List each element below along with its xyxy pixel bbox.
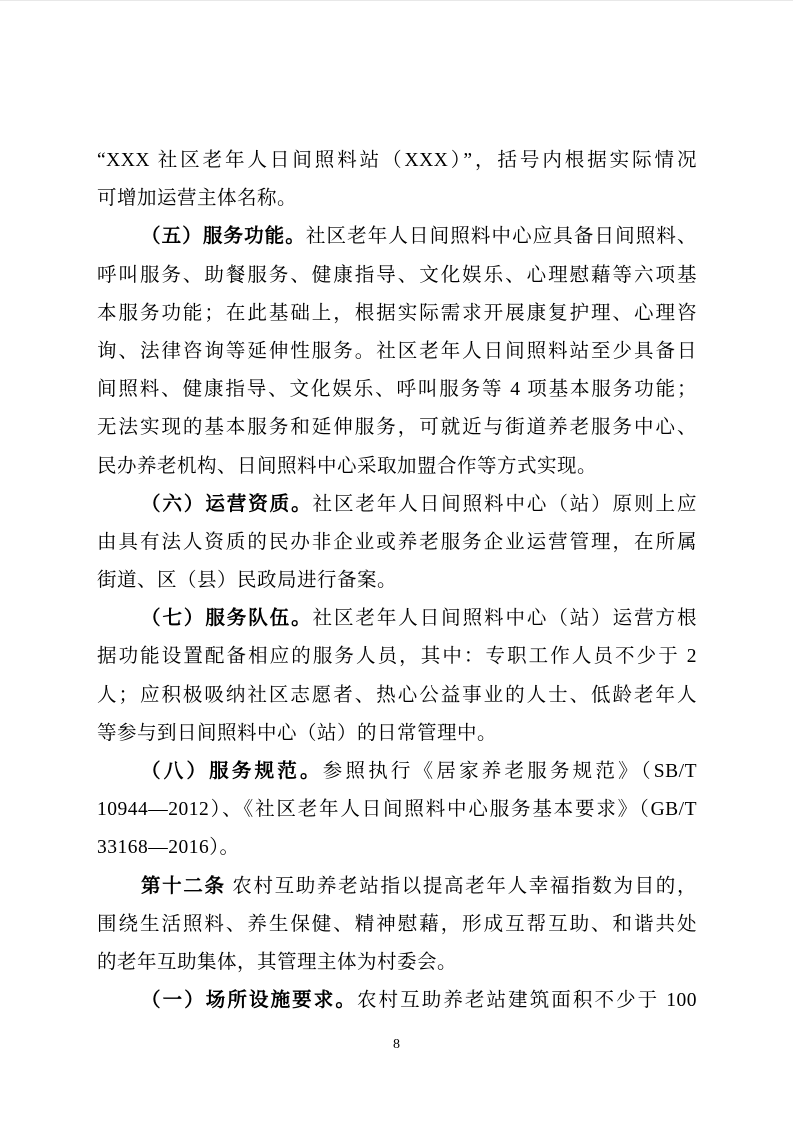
line-text: “XXX 社区老年人日间照料站（XXX）”，括号内根据实际情况: [97, 150, 697, 171]
line-text: 可增加运营主体名称。: [97, 188, 297, 209]
line-text: 参照执行《居家养老服务规范》（SB/T: [323, 761, 697, 782]
text-line: 的老年互助集体，其管理主体为村委会。: [97, 944, 697, 982]
page-number: 8: [0, 1035, 793, 1055]
bold-lead: （七）服务队伍。: [141, 608, 313, 629]
line-text: 无法实现的基本服务和延伸服务，可就近与街道养老服务中心、: [97, 417, 697, 438]
text-line: （六）运营资质。社区老年人日间照料中心（站）原则上应: [97, 486, 697, 524]
line-text: 社区老年人日间照料中心应具备日间照料、: [306, 226, 697, 247]
bold-lead: （一）场所设施要求。: [141, 990, 357, 1011]
text-line: 据功能设置配备相应的服务人员，其中：专职工作人员不少于 2: [97, 638, 697, 676]
line-text: 社区老年人日间照料中心（站）运营方根: [313, 608, 697, 629]
text-line: “XXX 社区老年人日间照料站（XXX）”，括号内根据实际情况: [97, 142, 697, 180]
line-text: 询、法律咨询等延伸性服务。社区老年人日间照料站至少具备日: [97, 341, 697, 362]
line-text: 农村互助养老站建筑面积不少于 100: [357, 990, 697, 1011]
text-line: 等参与到日间照料中心（站）的日常管理中。: [97, 715, 697, 753]
text-line: 本服务功能；在此基础上，根据实际需求开展康复护理、心理咨: [97, 295, 697, 333]
text-line: 无法实现的基本服务和延伸服务，可就近与街道养老服务中心、: [97, 409, 697, 447]
text-line: 第十二条 农村互助养老站指以提高老年人幸福指数为目的，: [97, 868, 697, 906]
line-text: 间照料、健康指导、文化娱乐、呼叫服务等 4 项基本服务功能；: [97, 379, 697, 400]
line-text: 等参与到日间照料中心（站）的日常管理中。: [97, 723, 497, 744]
text-line: （七）服务队伍。社区老年人日间照料中心（站）运营方根: [97, 600, 697, 638]
line-text: 社区老年人日间照料中心（站）原则上应: [313, 494, 697, 515]
text-line: 人；应积极吸纳社区志愿者、热心公益事业的人士、低龄老年人: [97, 677, 697, 715]
bold-lead: （五）服务功能。: [141, 226, 306, 247]
text-line: 由具有法人资质的民办非企业或养老服务企业运营管理，在所属: [97, 524, 697, 562]
text-line: 询、法律咨询等延伸性服务。社区老年人日间照料站至少具备日: [97, 333, 697, 371]
bold-lead: （六）运营资质。: [141, 494, 313, 515]
line-text: 围绕生活照料、养生保健、精神慰藉，形成互帮互助、和谐共处: [97, 914, 697, 935]
bold-lead: 第十二条: [141, 876, 226, 897]
text-line: 间照料、健康指导、文化娱乐、呼叫服务等 4 项基本服务功能；: [97, 371, 697, 409]
line-text: 街道、区（县）民政局进行备案。: [97, 570, 397, 591]
line-text: 农村互助养老站指以提高老年人幸福指数为目的，: [226, 876, 697, 897]
line-text: 呼叫服务、助餐服务、健康指导、文化娱乐、心理慰藉等六项基: [97, 265, 697, 286]
document-body: “XXX 社区老年人日间照料站（XXX）”，括号内根据实际情况可增加运营主体名称…: [97, 142, 697, 1020]
line-text: 10944—2012）、《社区老年人日间照料中心服务基本要求》（GB/T: [97, 799, 697, 820]
line-text: 据功能设置配备相应的服务人员，其中：专职工作人员不少于 2: [97, 646, 697, 667]
line-text: 人；应积极吸纳社区志愿者、热心公益事业的人士、低龄老年人: [97, 685, 697, 706]
text-line: 10944—2012）、《社区老年人日间照料中心服务基本要求》（GB/T: [97, 791, 697, 829]
text-line: 可增加运营主体名称。: [97, 180, 697, 218]
text-line: （八）服务规范。参照执行《居家养老服务规范》（SB/T: [97, 753, 697, 791]
line-text: 本服务功能；在此基础上，根据实际需求开展康复护理、心理咨: [97, 303, 697, 324]
document-page: “XXX 社区老年人日间照料站（XXX）”，括号内根据实际情况可增加运营主体名称…: [0, 0, 793, 1122]
line-text: 的老年互助集体，其管理主体为村委会。: [97, 952, 457, 973]
text-line: （一）场所设施要求。农村互助养老站建筑面积不少于 100: [97, 982, 697, 1020]
text-line: 33168—2016）。: [97, 829, 697, 867]
text-line: 围绕生活照料、养生保健、精神慰藉，形成互帮互助、和谐共处: [97, 906, 697, 944]
text-line: 民办养老机构、日间照料中心采取加盟合作等方式实现。: [97, 448, 697, 486]
bold-lead: （八）服务规范。: [141, 761, 323, 782]
text-line: 街道、区（县）民政局进行备案。: [97, 562, 697, 600]
line-text: 由具有法人资质的民办非企业或养老服务企业运营管理，在所属: [97, 532, 697, 553]
line-text: 民办养老机构、日间照料中心采取加盟合作等方式实现。: [97, 456, 597, 477]
text-line: 呼叫服务、助餐服务、健康指导、文化娱乐、心理慰藉等六项基: [97, 257, 697, 295]
line-text: 33168—2016）。: [97, 837, 240, 858]
text-line: （五）服务功能。社区老年人日间照料中心应具备日间照料、: [97, 218, 697, 256]
